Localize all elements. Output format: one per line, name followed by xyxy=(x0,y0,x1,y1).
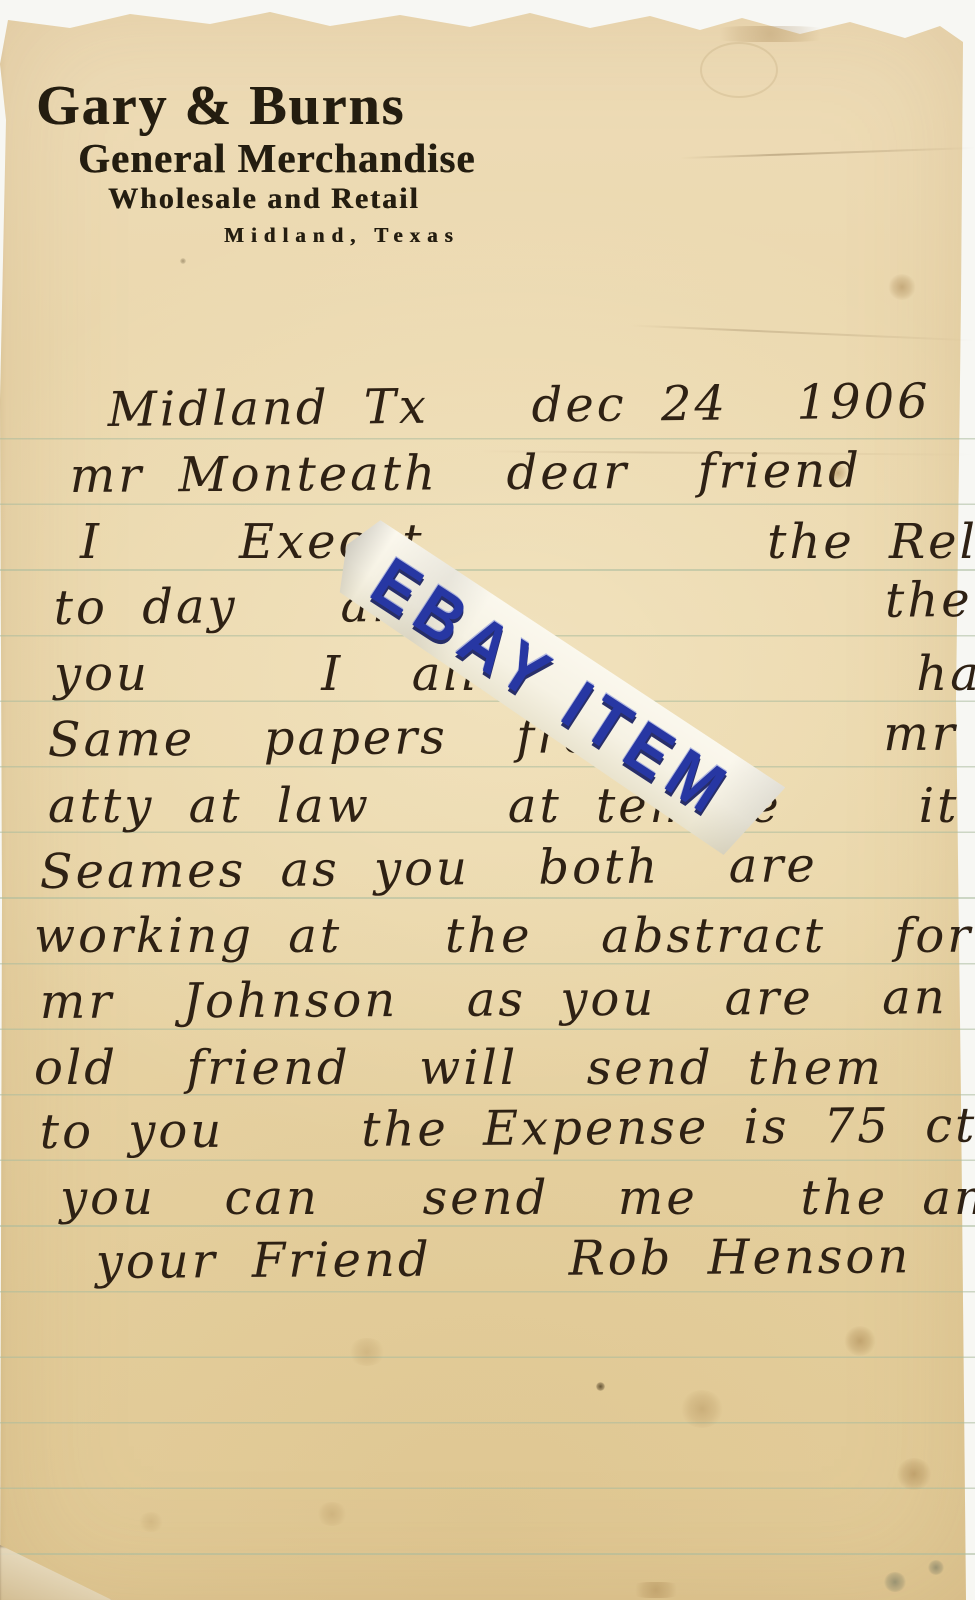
handwritten-line: I Execut the Releas & c xyxy=(80,514,975,570)
stain-spot xyxy=(138,1512,164,1532)
stain-spot xyxy=(180,258,186,264)
stain-spot xyxy=(844,1326,876,1356)
stain-ring xyxy=(700,42,778,98)
stain-spot xyxy=(884,1572,906,1592)
letterhead-location: Midland, Texas xyxy=(224,223,460,248)
handwritten-line: old friend will send them xyxy=(34,1040,884,1096)
stain-spot xyxy=(680,1390,724,1428)
stain-spot xyxy=(316,1502,348,1526)
handwritten-line: Same papers from mr Tally xyxy=(48,705,975,768)
handwritten-line: mr Johnson as you are an xyxy=(40,969,948,1030)
stain-spot xyxy=(828,464,848,482)
scanned-letter-page: { "letterhead": { "company": "Gary & Bur… xyxy=(0,0,975,1600)
stain-spot xyxy=(700,26,840,42)
handwritten-line-date: Midland Tx dec 24 1906 xyxy=(107,373,931,438)
handwritten-line: Seames as you both are xyxy=(40,837,818,900)
handwritten-line: atty at law at temple it xyxy=(48,778,959,834)
stain-spot xyxy=(928,1560,944,1575)
stain-spot xyxy=(628,1582,684,1598)
stain-spot xyxy=(596,1382,605,1391)
stain-spot xyxy=(888,274,916,300)
handwritten-line-signature: your Friend Rob Henson xyxy=(96,1228,912,1290)
letterhead-trade-line: Wholesale and Retail xyxy=(108,182,420,216)
handwritten-line: you can send me the amt xyxy=(60,1170,975,1226)
handwritten-line: working at the abstract for xyxy=(34,908,973,964)
stain-spot xyxy=(348,1338,386,1366)
letterhead-company-name: Gary & Burns xyxy=(36,74,405,138)
handwritten-line: to you the Expense is 75 cts xyxy=(40,1097,975,1160)
letterhead-business-type: General Merchandise xyxy=(78,134,475,182)
stain-spot xyxy=(896,1458,932,1490)
